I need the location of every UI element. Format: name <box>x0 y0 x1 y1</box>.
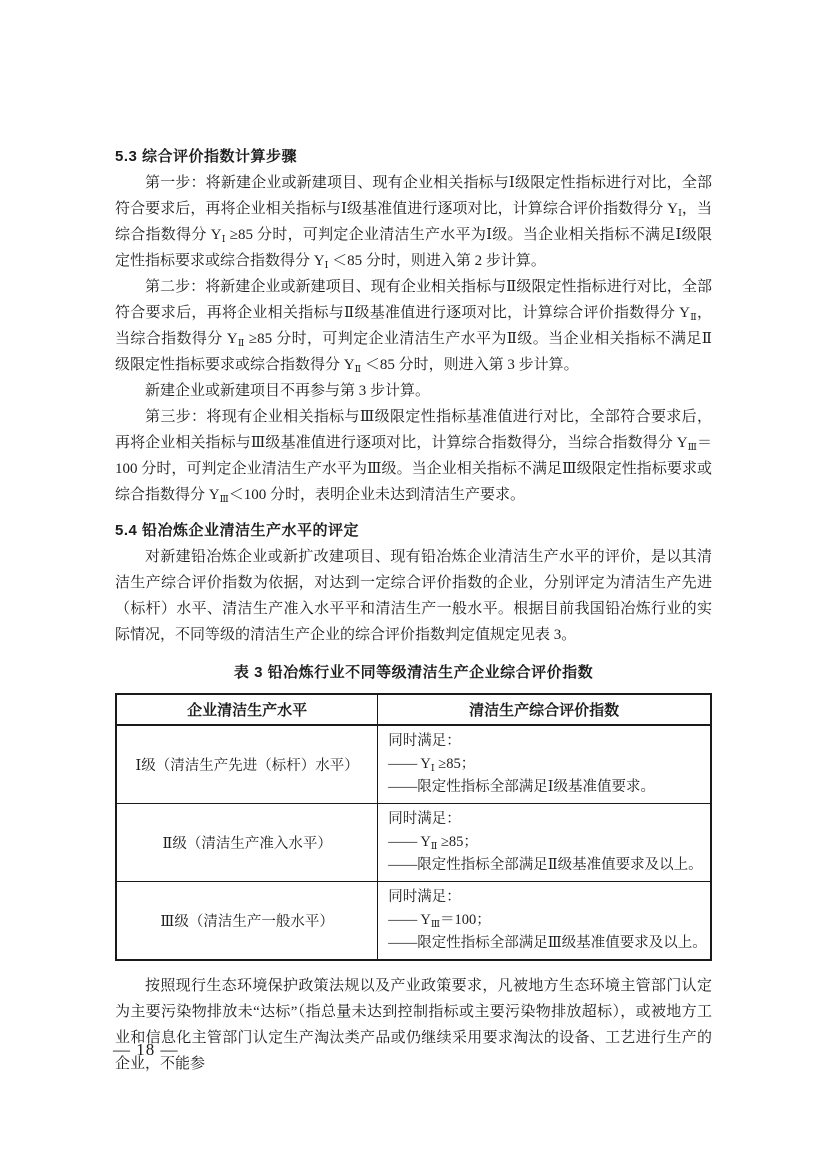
subscript: Ⅰ <box>325 261 329 271</box>
section-heading-5-3: 5.3 综合评价指数计算步骤 <box>115 144 712 170</box>
criteria-line: ——限定性指标全部满足Ⅱ级基准值要求及以上。 <box>388 854 702 877</box>
paragraph-policy: 按照现行生态环境保护政策法规以及产业政策要求，凡被地方生态环境主管部门认定为主要… <box>115 973 712 1077</box>
level-cell: Ⅰ级（清洁生产先进（标杆）水平） <box>116 725 378 804</box>
subscript: Ⅲ <box>431 920 440 930</box>
criteria-cell: 同时满足：—— YⅢ＝100；——限定性指标全部满足Ⅲ级基准值要求及以上。 <box>378 882 711 961</box>
paragraph-note: 新建企业或新建项目不再参与第 3 步计算。 <box>115 378 712 404</box>
subscript: Ⅲ <box>220 495 229 505</box>
criteria-cell: 同时满足：—— YⅠ ≥85；——限定性指标全部满足Ⅰ级基准值要求。 <box>378 725 711 804</box>
criteria-line: —— YⅢ＝100； <box>388 909 702 932</box>
subscript: Ⅲ <box>688 443 697 453</box>
paragraph-evaluation: 对新建铅冶炼企业或新扩改建项目、现有铅冶炼企业清洁生产水平的评价，是以其清洁生产… <box>115 544 712 648</box>
subscript: Ⅱ <box>690 313 697 323</box>
page-number: — 18 — <box>113 1040 179 1060</box>
table-header-index: 清洁生产综合评价指数 <box>378 694 711 725</box>
criteria-line: ——限定性指标全部满足Ⅰ级基准值要求。 <box>388 776 702 799</box>
evaluation-table-head: 企业清洁生产水平 清洁生产综合评价指数 <box>116 694 711 725</box>
criteria-line: 同时满足： <box>388 730 702 753</box>
criteria-line: 同时满足： <box>388 886 702 909</box>
paragraph-step1: 第一步：将新建企业或新建项目、现有企业相关指标与Ⅰ级限定性指标进行对比，全部符合… <box>115 170 712 274</box>
table-caption: 表 3 铅冶炼行业不同等级清洁生产企业综合评价指数 <box>115 660 712 686</box>
level-cell: Ⅲ级（清洁生产一般水平） <box>116 882 378 961</box>
evaluation-table: 企业清洁生产水平 清洁生产综合评价指数 Ⅰ级（清洁生产先进（标杆）水平）同时满足… <box>115 693 712 961</box>
subscript: Ⅱ <box>431 842 437 852</box>
criteria-line: ——限定性指标全部满足Ⅲ级基准值要求及以上。 <box>388 932 702 955</box>
paragraph-step3: 第三步：将现有企业相关指标与Ⅲ级限定性指标基准值进行对比，全部符合要求后，再将企… <box>115 404 712 508</box>
criteria-line: —— YⅡ ≥85； <box>388 831 702 854</box>
table-row: Ⅰ级（清洁生产先进（标杆）水平）同时满足：—— YⅠ ≥85；——限定性指标全部… <box>116 725 711 804</box>
criteria-cell: 同时满足：—— YⅡ ≥85；——限定性指标全部满足Ⅱ级基准值要求及以上。 <box>378 804 711 882</box>
paragraph-step2: 第二步：将新建企业或新建项目、现有企业相关指标与Ⅱ级限定性指标进行对比，全部符合… <box>115 274 712 378</box>
subscript: Ⅱ <box>355 365 361 375</box>
level-cell: Ⅱ级（清洁生产准入水平） <box>116 804 378 882</box>
subscript: Ⅰ <box>221 235 225 245</box>
subscript: Ⅰ <box>678 209 682 219</box>
section-heading-5-4: 5.4 铅冶炼企业清洁生产水平的评定 <box>115 518 712 544</box>
table-header-level: 企业清洁生产水平 <box>116 694 378 725</box>
subscript: Ⅰ <box>431 764 435 774</box>
criteria-line: 同时满足： <box>388 808 702 831</box>
page-content: 5.3 综合评价指数计算步骤 第一步：将新建企业或新建项目、现有企业相关指标与Ⅰ… <box>115 144 712 1077</box>
table-row: Ⅲ级（清洁生产一般水平）同时满足：—— YⅢ＝100；——限定性指标全部满足Ⅲ级… <box>116 882 711 961</box>
table-row: Ⅱ级（清洁生产准入水平）同时满足：—— YⅡ ≥85；——限定性指标全部满足Ⅱ级… <box>116 804 711 882</box>
criteria-line: —— YⅠ ≥85； <box>388 753 702 776</box>
table-header-row: 企业清洁生产水平 清洁生产综合评价指数 <box>116 694 711 725</box>
subscript: Ⅱ <box>238 339 245 349</box>
document-page: 5.3 综合评价指数计算步骤 第一步：将新建企业或新建项目、现有企业相关指标与Ⅰ… <box>0 0 826 1169</box>
evaluation-table-body: Ⅰ级（清洁生产先进（标杆）水平）同时满足：—— YⅠ ≥85；——限定性指标全部… <box>116 725 711 960</box>
